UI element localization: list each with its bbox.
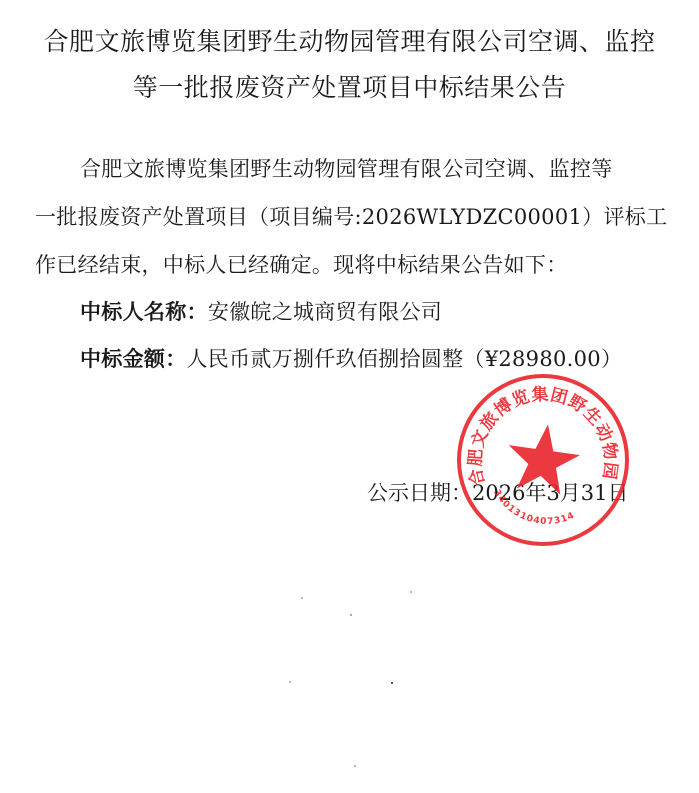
seal-code: 3401310407314 [491,488,576,527]
scan-speck [410,591,412,593]
body-line-2: 一批报废资产处置项目（项目编号:2026WLYDZC00001）评标工 [35,201,667,231]
scan-speck [289,681,291,683]
title-line-1: 合肥文旅博览集团野生动物园管理有限公司空调、监控 [0,22,699,58]
winner-value: 安徽皖之城商贸有限公司 [208,300,442,324]
scan-speck [350,614,352,616]
amount-value: 人民币贰万捌仟玖佰捌拾圆整（¥28980.00） [187,347,623,371]
seal-icon: 合肥文旅博览集团野生动物园管理有限公司 3401310407314 [455,372,631,548]
winner-label: 中标人名称： [80,299,208,324]
scan-speck [301,597,303,599]
scan-speck [391,682,393,684]
official-seal: 合肥文旅博览集团野生动物园管理有限公司 3401310407314 [455,372,631,548]
amount-row: 中标金额：人民币贰万捌仟玖佰捌拾圆整（¥28980.00） [80,343,622,373]
svg-text:3401310407314: 3401310407314 [491,488,576,527]
amount-label: 中标金额： [80,346,187,371]
body-line-1: 合肥文旅博览集团野生动物园管理有限公司空调、监控等 [80,153,613,183]
body-line-3: 作已经结束，中标人已经确定。现将中标结果公告如下： [35,249,568,279]
title-line-2: 等一批报废资产处置项目中标结果公告 [0,68,699,104]
winner-row: 中标人名称：安徽皖之城商贸有限公司 [80,296,442,326]
scan-speck [354,765,356,767]
